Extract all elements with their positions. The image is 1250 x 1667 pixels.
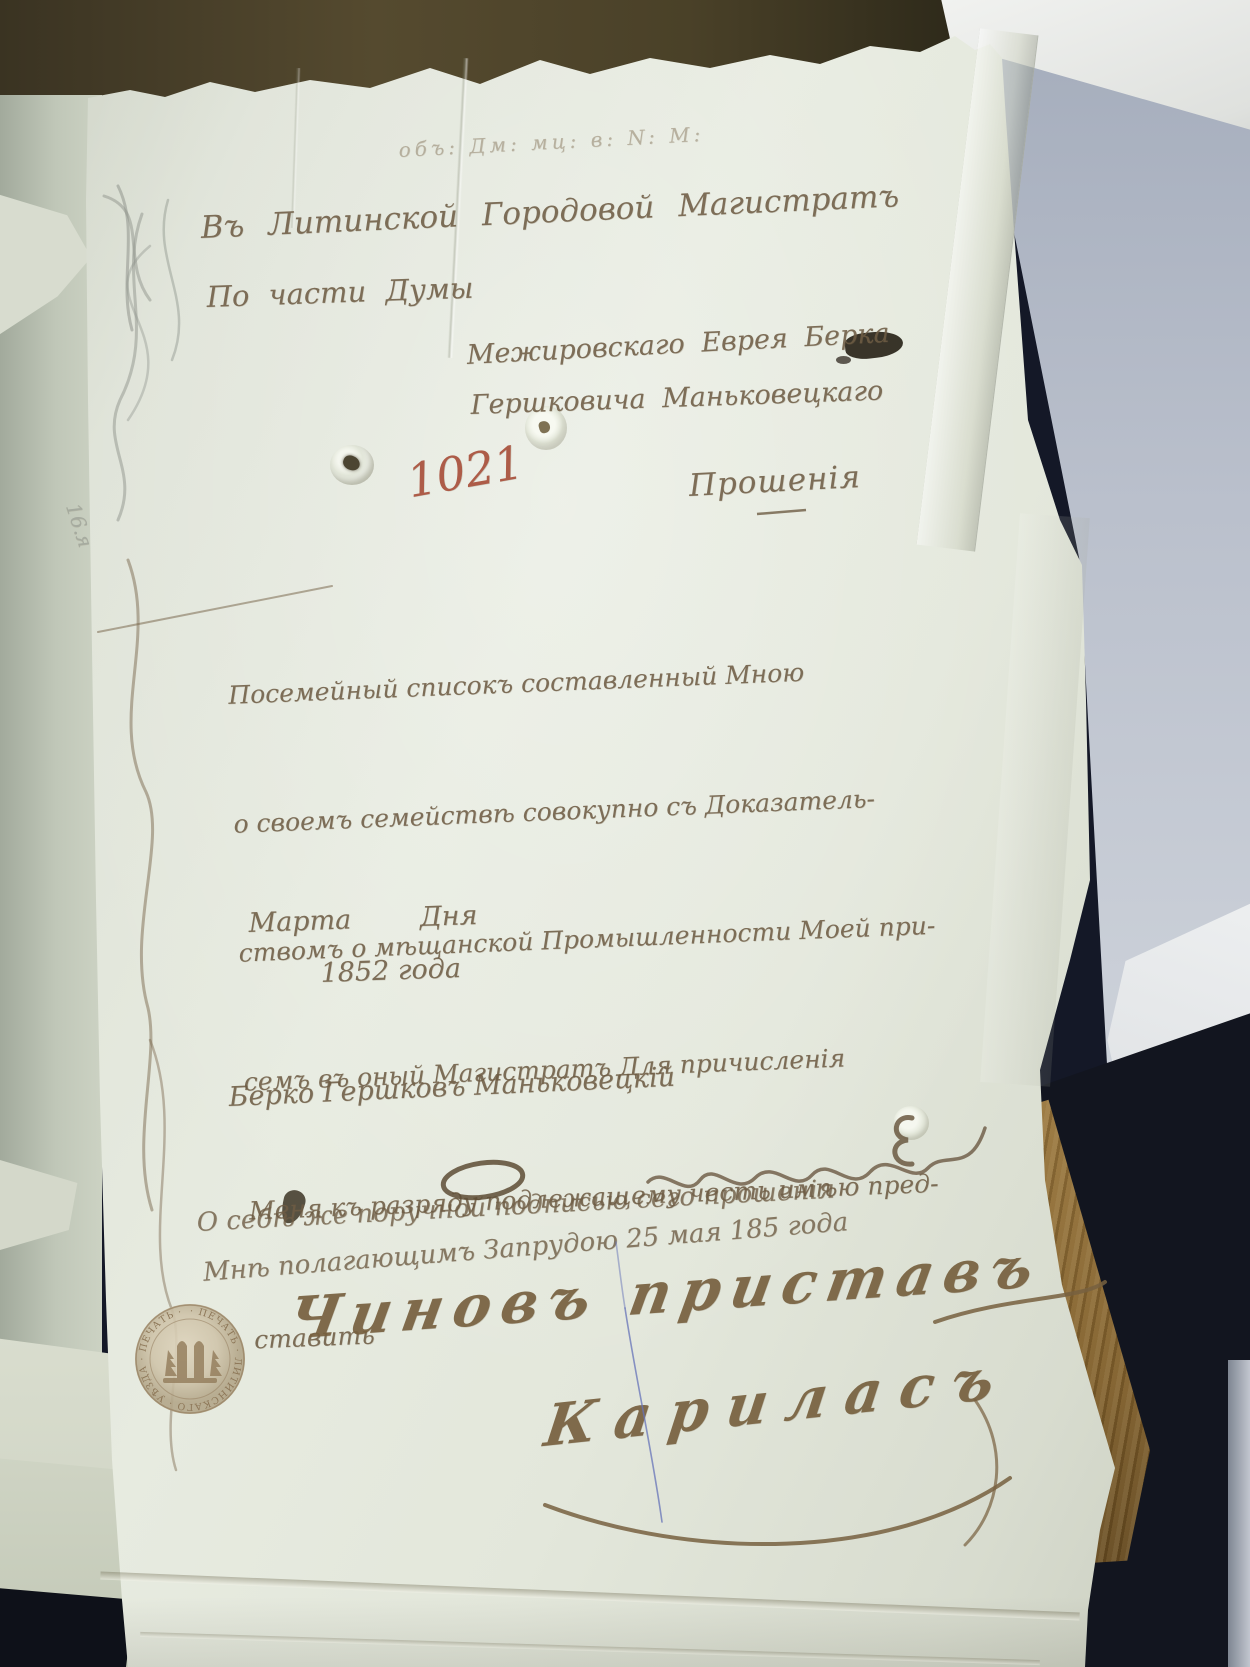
archival-photo: объ: Дм: мц: в: N: М: Въ Литинской Город… xyxy=(0,0,1250,1667)
ink-blot xyxy=(836,356,851,364)
hole-mark xyxy=(538,420,552,434)
body-line: о своемъ семействѣ совокупно съ Доказате… xyxy=(233,775,931,846)
body-line: Посемейный списокъ составленный Мною xyxy=(227,646,925,717)
hole-mark xyxy=(341,453,362,472)
light-sliver-right xyxy=(1228,1360,1250,1667)
date-line-year: 1852 года xyxy=(320,953,461,989)
puncture-hole xyxy=(330,445,374,485)
